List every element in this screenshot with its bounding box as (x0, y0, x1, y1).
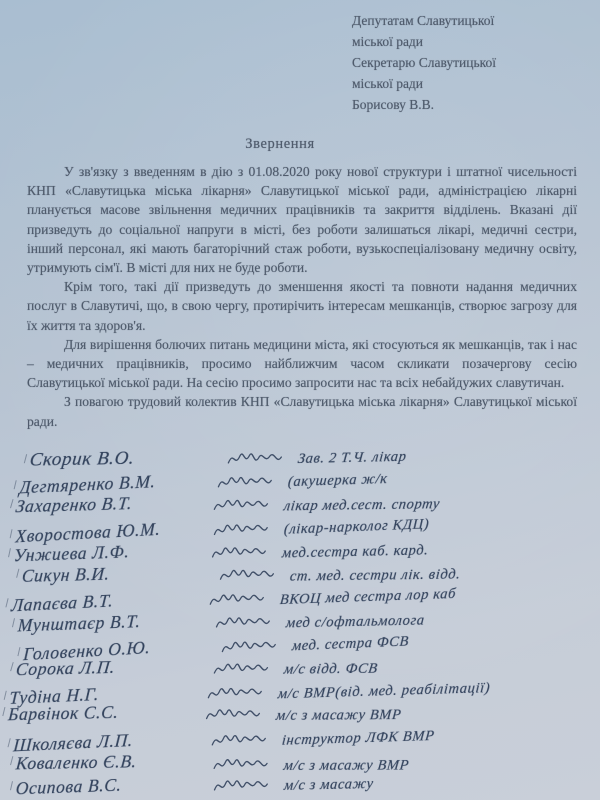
signature-role: м/с з масажу ВМР (275, 708, 402, 726)
signature-role: ст. мед. сестри лік. відд. (289, 567, 461, 586)
signature-row: Унжиева Л.Ф. мед.сестра каб. кард. (5, 541, 595, 564)
signature-scribble-icon (211, 775, 271, 797)
signature-scribble-icon (210, 494, 271, 516)
signature-name: Скорик В.О. (29, 446, 228, 471)
signature-scribble-icon (213, 611, 273, 633)
paragraph-closing: З повагою трудовий колектив КНП «Славути… (27, 392, 577, 430)
letter-title: Звернення (0, 136, 560, 153)
signature-scribble-icon (225, 448, 286, 470)
signature-scribble-icon (219, 635, 279, 658)
signature-name: Сорока Л.П. (15, 654, 214, 680)
document-photo: Депутатам Славутицької міської ради Секр… (0, 0, 600, 800)
recipient-line: Депутатам Славутицької (352, 10, 588, 31)
recipient-line: Секретарю Славутицької (352, 52, 588, 73)
signatures-list: Скорик В.О. Зав. 2 Т.Ч. лікар Дегтяренко… (8, 447, 596, 798)
signature-role: м/с відд. ФСВ (283, 661, 379, 679)
signature-role: м/с з масажу (283, 777, 374, 796)
signature-name: Барвінок С.С. (7, 701, 205, 726)
recipient-address: Депутатам Славутицької міської ради Секр… (352, 10, 588, 115)
signature-scribble-icon (211, 518, 271, 541)
letter-sheet: Депутатам Славутицької міської ради Секр… (0, 0, 600, 800)
recipient-line: міської ради (352, 31, 588, 52)
paragraph-intro: У зв'язку з введенням в дію з 01.08.2020… (27, 162, 577, 277)
signature-role: м/с ВМР(від. мед. реабілітації) (277, 680, 491, 703)
paragraph-request: Для вирішення болючих питань медицини мі… (27, 335, 577, 393)
signature-role: ВКОЦ мед сестра лор каб (279, 587, 457, 610)
signature-row: Осипова В.С. м/с з масажу (7, 774, 597, 797)
recipient-line: міської ради (352, 73, 588, 94)
signature-scribble-icon (205, 682, 265, 705)
signature-scribble-icon (209, 729, 270, 752)
signature-name: Захаренко В.Т. (15, 491, 214, 517)
signature-role: (лікар-нарколог КДЦ) (283, 517, 429, 540)
signature-role: мед с/офтальмолога (285, 612, 425, 632)
signature-scribble-icon (210, 753, 271, 776)
signature-name: Сикун В.И. (21, 561, 219, 587)
signature-scribble-icon (203, 704, 263, 727)
signature-role: Зав. 2 Т.Ч. лікар (297, 449, 407, 468)
signature-name: Осипова В.С. (15, 772, 213, 800)
signature-name: Мунштаєр В.Т. (17, 609, 215, 637)
signature-role: (акушерка ж/к (287, 472, 388, 492)
signature-role: мед.сестра каб. кард. (281, 542, 428, 562)
paragraph-consequences: Крім того, такі дії призведуть до зменше… (27, 277, 577, 335)
signature-name: Коваленко Є.В. (15, 750, 213, 774)
signature-role: лікар мед.сест. спорту (283, 496, 441, 515)
recipient-line: Борисову В.В. (352, 94, 588, 115)
signature-role: інструктор ЛФК ВМР (281, 728, 435, 750)
signature-scribble-icon (210, 657, 271, 680)
letter-body: У зв'язку з введенням в дію з 01.08.2020… (27, 162, 577, 431)
signature-scribble-icon (207, 589, 267, 612)
signature-role: м/с з масажу ВМР (283, 758, 410, 775)
signature-scribble-icon (217, 564, 277, 587)
signature-scribble-icon (215, 471, 275, 494)
signature-role: мед. сестра ФСВ (291, 634, 409, 656)
